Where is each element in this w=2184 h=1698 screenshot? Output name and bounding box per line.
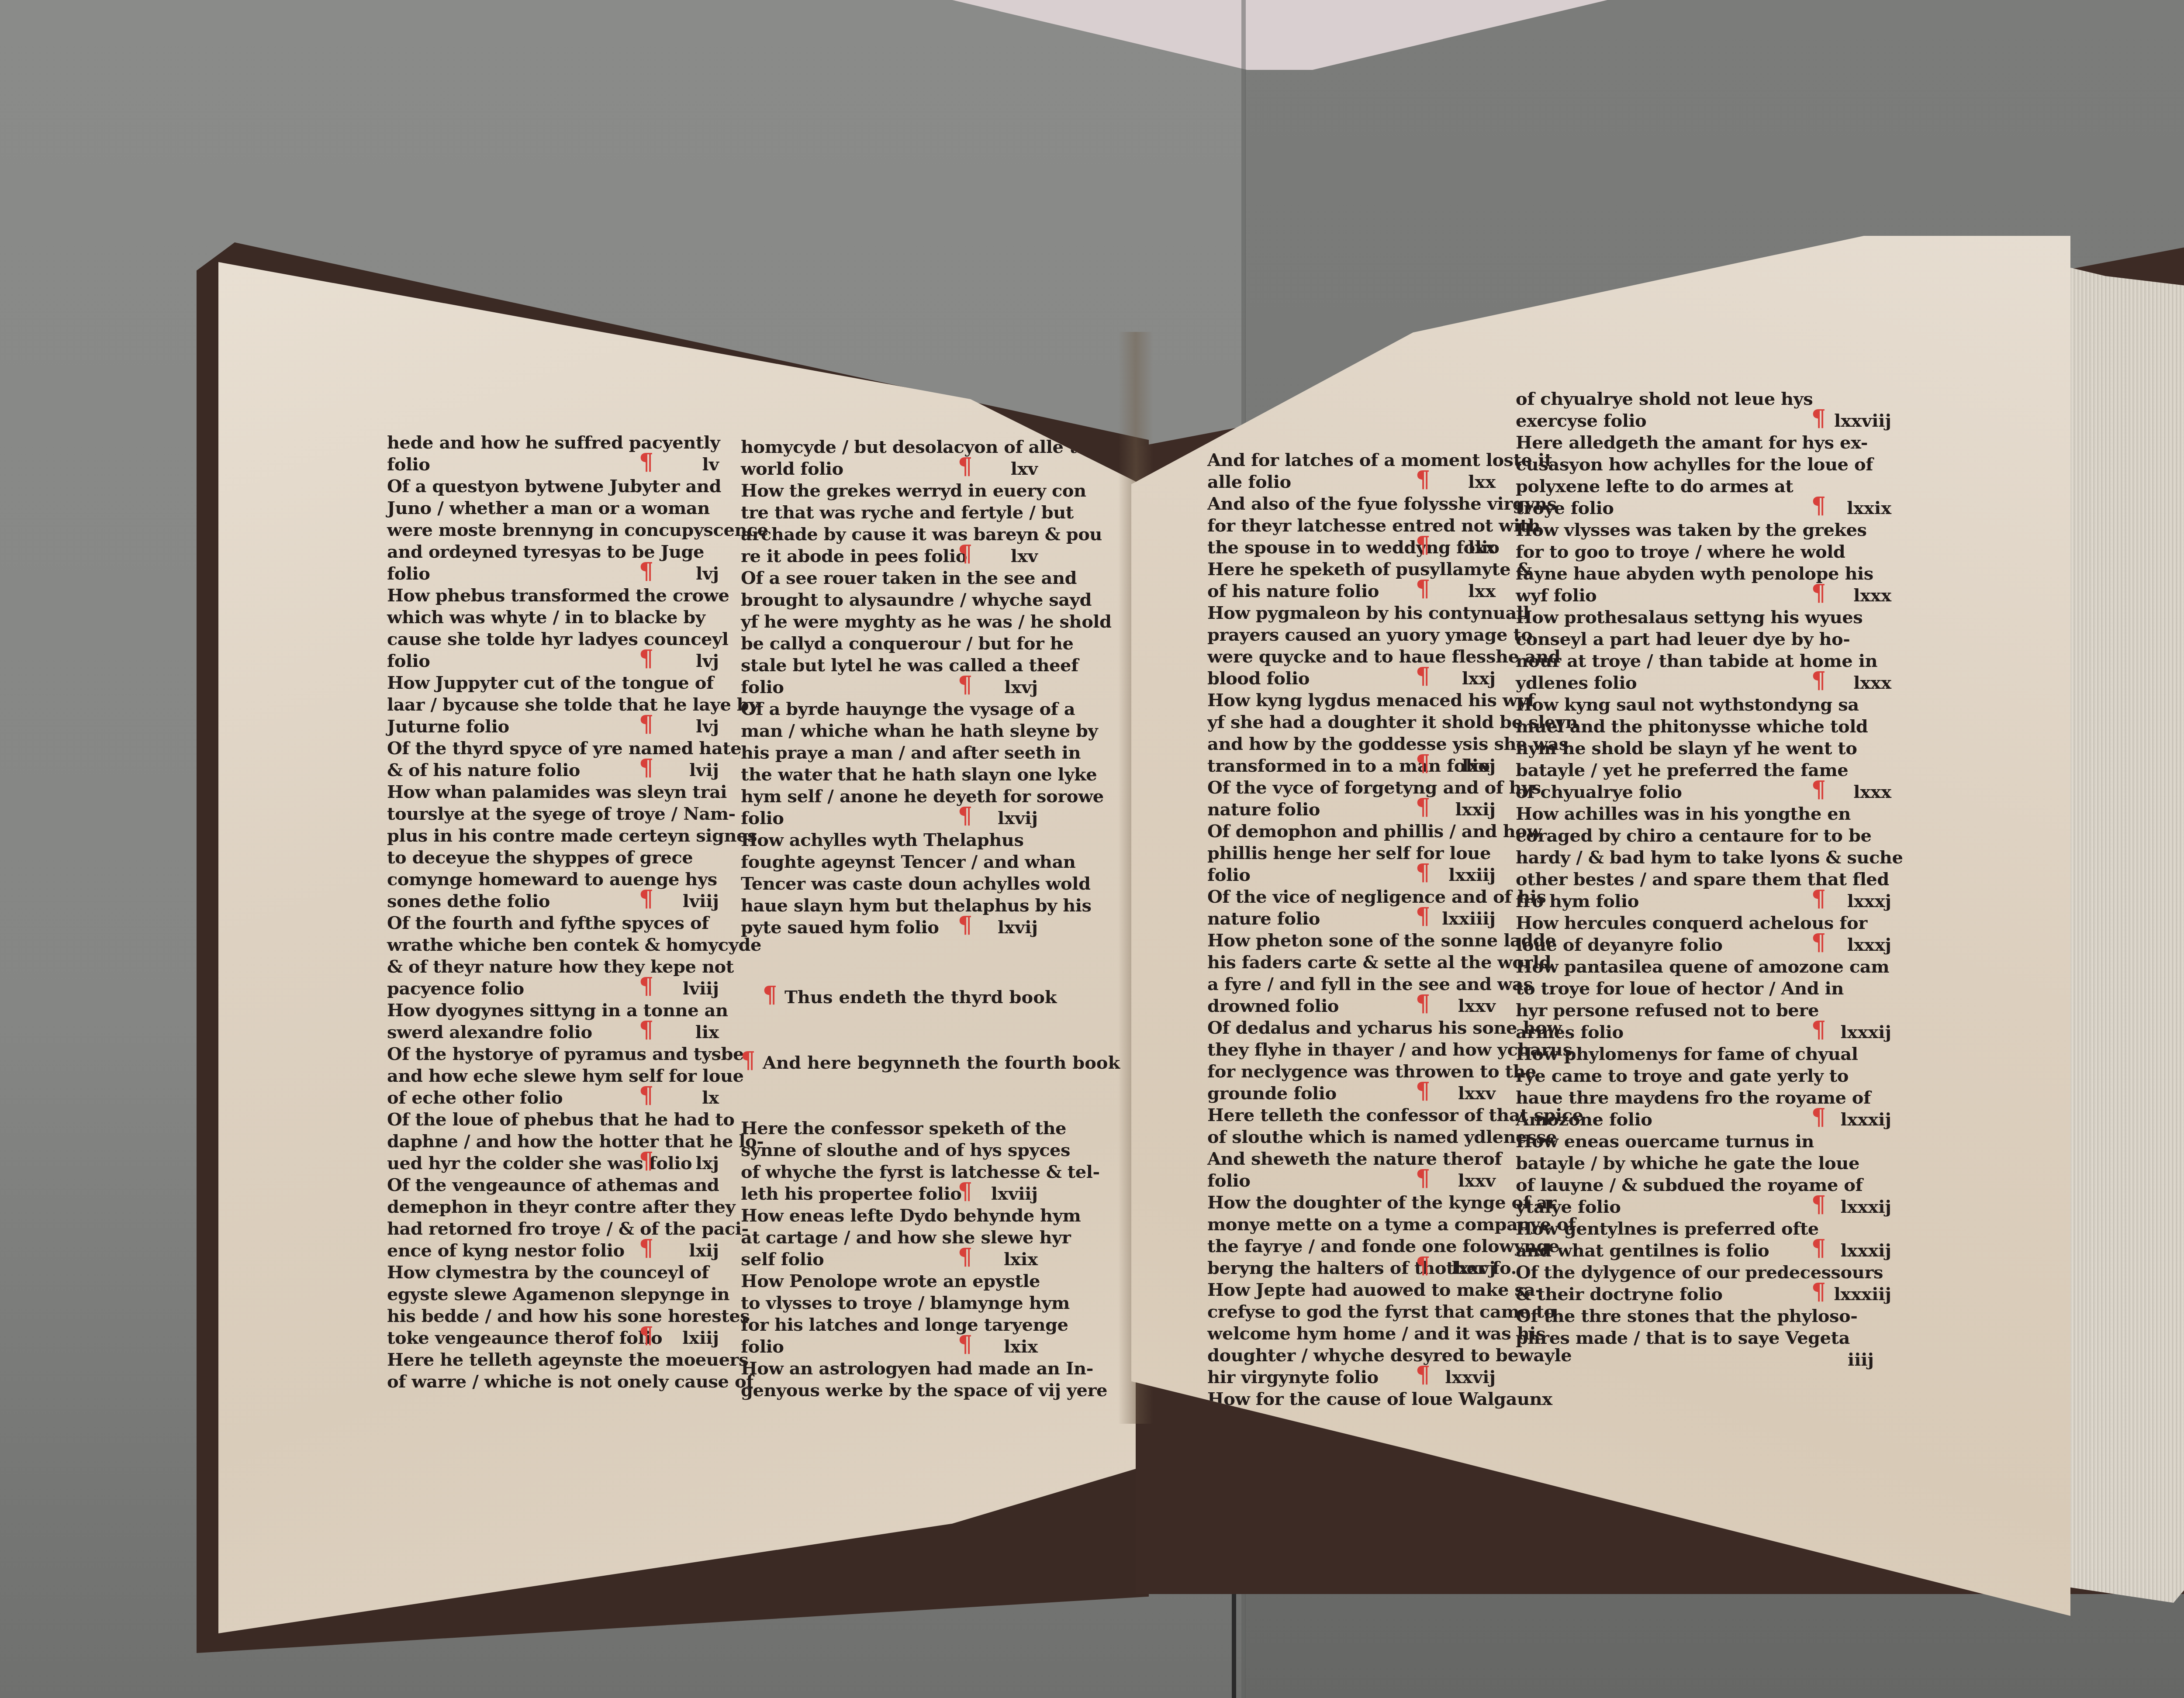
- toc-entry-line: How vlysses was taken by the grekes: [1516, 520, 1867, 541]
- toc-entry-line: And also of the fyue folysshe virgyns: [1207, 494, 1557, 514]
- toc-entry-line: for theyr latchesse entred not with: [1207, 515, 1540, 536]
- toc-entry-line: How Penolope wrote an epystle: [741, 1271, 1040, 1292]
- folio-number: lxxxj: [1847, 935, 1891, 956]
- toc-entry-line: and how eche slewe hym self for loue: [387, 1066, 743, 1087]
- toc-entry-line: hir virgynyte folio: [1207, 1367, 1379, 1388]
- right-page: And for latches of a moment loste italle…: [1131, 236, 2070, 1616]
- toc-entry-line: hym self / anone he deyeth for sorowe: [741, 786, 1104, 807]
- toc-entry-line: folio: [387, 454, 430, 475]
- toc-entry-line: Of demophon and phillis / and how: [1207, 821, 1541, 842]
- toc-entry-line: tre that was ryche and fertyle / but: [741, 502, 1074, 523]
- rubric-pilcrow-icon: ¶: [1811, 1281, 1826, 1302]
- rubric-pilcrow-icon: ¶: [1416, 535, 1430, 556]
- folio-number: lxvij: [998, 917, 1038, 938]
- toc-entry-line: brought to alysaundre / whyche sayd: [741, 590, 1092, 611]
- folio-number: lxxviij: [1834, 411, 1891, 431]
- toc-entry-line: Of the loue of phebus that he had to: [387, 1109, 734, 1130]
- folio-number: lvj: [696, 651, 719, 672]
- toc-entry-line: How for the cause of loue Walgaunx: [1207, 1389, 1552, 1410]
- toc-entry-line: & their doctryne folio: [1516, 1284, 1722, 1305]
- folio-number: lxxx: [1853, 782, 1891, 803]
- folio-number: lxxv: [1458, 1083, 1496, 1104]
- toc-entry-line: man / whiche whan he hath sleyne by: [741, 721, 1098, 742]
- rubric-pilcrow-icon: ¶: [1811, 583, 1826, 604]
- folio-number: lx: [702, 1087, 719, 1108]
- rubric-pilcrow-icon: ¶: [1416, 862, 1430, 883]
- rubric-pilcrow-icon: ¶: [958, 1334, 972, 1355]
- folio-number: lxv: [1011, 459, 1038, 480]
- toc-entry-line: laar / bycause she tolde that he laye by: [387, 694, 759, 715]
- rubric-pilcrow-icon: ¶: [1416, 469, 1430, 490]
- toc-entry-line: phillis henge her self for loue: [1207, 843, 1491, 864]
- toc-entry-line: egyste slewe Agamenon slepynge in: [387, 1284, 729, 1305]
- folio-number: lxxvj: [1451, 1258, 1496, 1279]
- toc-entry-line: How eneas ouercame turnus in: [1516, 1131, 1814, 1152]
- rubric-pilcrow-icon: ¶: [639, 1150, 653, 1171]
- toc-entry-line: leth his propertee folio: [741, 1184, 961, 1204]
- toc-entry-line: of chyualrye shold not leue hys: [1516, 389, 1813, 410]
- toc-entry-line: folio: [741, 677, 784, 698]
- toc-entry-line: folio: [387, 563, 430, 584]
- toc-entry-line: hardy / & bad hym to take lyons & suche: [1516, 847, 1903, 868]
- toc-entry-line: Of the vyce of forgetyng and of hys: [1207, 777, 1541, 798]
- folio-number: lxxix: [1847, 498, 1891, 519]
- toc-entry-line: ytalye folio: [1516, 1197, 1621, 1218]
- folio-number: lxvj: [1004, 677, 1038, 698]
- toc-entry-line: How an astrologyen had made an In-: [741, 1358, 1093, 1379]
- toc-entry-line: hym he shold be slayn yf he went to: [1516, 738, 1857, 759]
- rubric-pilcrow-icon: ¶: [1811, 1107, 1826, 1128]
- toc-entry-line: swerd alexandre folio: [387, 1022, 592, 1043]
- toc-entry-line: How achylles wyth Thelaphus: [741, 830, 1023, 851]
- toc-entry-line: and what gentilnes is folio: [1516, 1240, 1769, 1261]
- toc-entry-line: to troye for loue of hector / And in: [1516, 978, 1844, 999]
- rubric-pilcrow-icon: ¶: [639, 648, 653, 669]
- toc-entry-line: phres made / that is to saye Vegeta: [1516, 1328, 1850, 1349]
- rubric-pilcrow-icon: ¶: [639, 1085, 653, 1106]
- toc-entry-line: Amozone folio: [1516, 1109, 1652, 1130]
- toc-entry-line: How phylomenys for fame of chyual: [1516, 1044, 1858, 1065]
- rubric-pilcrow-icon: ¶: [1811, 408, 1826, 429]
- rubric-pilcrow-icon: ¶: [1416, 666, 1430, 687]
- folio-number: lxx: [1468, 581, 1496, 602]
- toc-entry-line: of chyualrye folio: [1516, 782, 1682, 803]
- rubric-pilcrow-icon: ¶: [958, 915, 972, 935]
- toc-entry-line: synne of slouthe and of hys spyces: [741, 1140, 1070, 1161]
- toc-entry-line: Of the dylygence of our predecessours: [1516, 1262, 1883, 1283]
- toc-entry-line: folio: [741, 1336, 784, 1357]
- folio-number: lxvij: [998, 808, 1038, 829]
- toc-entry-line: hyr persone refused not to bere: [1516, 1000, 1819, 1021]
- toc-entry-line: Of the vengeaunce of athemas and: [387, 1175, 719, 1196]
- folio-number: lix: [695, 1022, 719, 1043]
- toc-entry-line: And for latches of a moment loste it: [1207, 450, 1552, 471]
- rubric-pilcrow-icon: ¶: [1416, 753, 1430, 774]
- rubric-pilcrow-icon: ¶: [1416, 993, 1430, 1014]
- toc-entry-line: of slouthe which is named ydlenesse: [1207, 1127, 1557, 1148]
- toc-entry-line: How Juppyter cut of the tongue of: [387, 673, 714, 694]
- toc-entry-line: & of his nature folio: [387, 760, 580, 781]
- folio-number: lxxxij: [1841, 1109, 1891, 1130]
- rubric-pilcrow-icon: ¶: [1416, 578, 1430, 599]
- folio-number: lxix: [1004, 1249, 1038, 1270]
- toc-entry-line: tourslye at the syege of troye / Nam-: [387, 804, 736, 825]
- folio-number: lxxj: [1462, 668, 1496, 689]
- toc-entry-line: Of a see rouer taken in the see and: [741, 568, 1077, 589]
- toc-entry-line: his faders carte & sette al the world: [1207, 952, 1551, 973]
- toc-entry-line: How eneas lefte Dydo behynde hym: [741, 1205, 1081, 1226]
- toc-entry-line: troye folio: [1516, 498, 1614, 519]
- folio-number: lxxv: [1458, 1170, 1496, 1191]
- toc-entry-line: Of the vice of negligence and of his: [1207, 887, 1546, 908]
- folio-number: lxxxij: [1841, 1240, 1891, 1261]
- toc-entry-line: How phebus transformed the crowe: [387, 585, 729, 606]
- rubric-pilcrow-icon: ¶: [741, 1050, 755, 1071]
- toc-entry-line: prayers caused an yuory ymage to: [1207, 625, 1533, 645]
- toc-entry-line: cause she tolde hyr ladyes counceyl: [387, 629, 728, 650]
- toc-entry-line: hede and how he suffred pacyently: [387, 432, 720, 453]
- toc-entry-line: How kyng saul not wythstondyng sa: [1516, 694, 1859, 715]
- toc-entry-line: at cartage / and how she slewe hyr: [741, 1227, 1071, 1248]
- rubric-pilcrow-icon: ¶: [1811, 779, 1826, 800]
- toc-entry-line: re it abode in pees folio: [741, 546, 967, 567]
- toc-entry-line: folio: [741, 808, 784, 829]
- toc-entry-line: How the doughter of the kynge of ar: [1207, 1192, 1556, 1213]
- toc-entry-line: wyf folio: [1516, 585, 1597, 606]
- toc-entry-line: rye came to troye and gate yerly to: [1516, 1066, 1849, 1087]
- toc-entry-line: Tencer was caste doun achylles wold: [741, 873, 1090, 894]
- toc-entry-line: his bedde / and how his sone horestes: [387, 1306, 750, 1327]
- folio-number: lxviij: [991, 1184, 1038, 1204]
- toc-entry-line: polyxene lefte to do armes at: [1516, 476, 1793, 497]
- rubric-pilcrow-icon: ¶: [1416, 1364, 1430, 1385]
- toc-entry-line: Of a questyon bytwene Jubyter and: [387, 476, 721, 497]
- toc-entry-line: the spouse in to weddyng folio: [1207, 537, 1499, 558]
- toc-entry-line: How whan palamides was sleyn trai: [387, 782, 727, 803]
- folio-number: lvj: [696, 563, 719, 584]
- rubric-pilcrow-icon: ¶: [958, 1246, 972, 1267]
- folio-number: lxxiij: [1448, 865, 1496, 886]
- toc-entry-line: world folio: [741, 459, 843, 480]
- rubric-pilcrow-icon: ¶: [1811, 495, 1826, 516]
- folio-number: lxxv: [1458, 996, 1496, 1017]
- folio-number: lxij: [689, 1240, 719, 1261]
- rubric-pilcrow-icon: ¶: [639, 452, 653, 473]
- toc-entry-line: How achilles was in his yongthe en: [1516, 804, 1851, 825]
- toc-entry-line: a fyre / and fyll in the see and was: [1207, 974, 1533, 995]
- folio-number: lxxxiij: [1834, 1284, 1891, 1305]
- toc-entry-line: archade by cause it was bareyn & pou: [741, 524, 1102, 545]
- rubric-pilcrow-icon: ¶: [1416, 797, 1430, 818]
- toc-entry-line: of whyche the fyrst is latchesse & tel-: [741, 1162, 1100, 1183]
- toc-entry-line: toke vengeaunce therof folio: [387, 1328, 662, 1349]
- toc-entry-line: sones dethe folio: [387, 891, 550, 912]
- toc-entry-line: cusasyon how achylles for the loue of: [1516, 454, 1873, 475]
- rubric-pilcrow-icon: ¶: [639, 1238, 653, 1259]
- rubric-pilcrow-icon: ¶: [958, 674, 972, 695]
- folio-number: lviij: [683, 891, 719, 912]
- toc-entry-line: for neclygence was throwen to the: [1207, 1061, 1536, 1082]
- toc-entry-line: How dyogynes sittyng in a tonne an: [387, 1000, 728, 1021]
- toc-entry-line: Of the hystorye of pyramus and tysbe: [387, 1044, 744, 1065]
- toc-entry-line: How pheton sone of the sonne ladde: [1207, 930, 1556, 951]
- folio-number: lxxxij: [1841, 1022, 1891, 1043]
- toc-entry-line: welcome hym home / and it was his: [1207, 1323, 1545, 1344]
- folio-number: lxiij: [682, 1328, 719, 1349]
- toc-entry-line: Here the confessor speketh of the: [741, 1118, 1066, 1139]
- rubric-pilcrow-icon: ¶: [958, 805, 972, 826]
- toc-entry-line: coraged by chiro a centaure for to be: [1516, 825, 1871, 846]
- rubric-pilcrow-icon: ¶: [1416, 906, 1430, 927]
- toc-entry-line: and how by the goddesse ysis she was: [1207, 734, 1569, 755]
- rubric-pilcrow-icon: ¶: [1811, 888, 1826, 909]
- folio-number: lv: [702, 454, 719, 475]
- rubric-pilcrow-icon: ¶: [1811, 1238, 1826, 1259]
- toc-entry-line: other bestes / and spare them that fled: [1516, 869, 1889, 890]
- toc-entry-line: pacyence folio: [387, 978, 524, 999]
- toc-entry-line: loue of deyanyre folio: [1516, 935, 1722, 956]
- toc-entry-line: transformed in to a man folio: [1207, 756, 1490, 777]
- toc-entry-line: fro hym folio: [1516, 891, 1639, 912]
- toc-entry-line: be callyd a conquerour / but for he: [741, 633, 1073, 654]
- folio-number: lxxxij: [1841, 1197, 1891, 1218]
- toc-entry-line: alle folio: [1207, 472, 1291, 493]
- toc-entry-line: stale but lytel he was called a theef: [741, 655, 1078, 676]
- toc-entry-line: Juturne folio: [387, 716, 509, 737]
- toc-entry-line: the water that he hath slayn one lyke: [741, 764, 1097, 785]
- toc-entry-line: plus in his contre made certeyn signes: [387, 825, 757, 846]
- toc-entry-line: were quycke and to haue flesshe and: [1207, 646, 1560, 667]
- signature-mark: iiij: [1848, 1349, 1874, 1370]
- rubric-pilcrow-icon: ¶: [1416, 1168, 1430, 1189]
- rubric-pilcrow-icon: ¶: [1416, 1255, 1430, 1276]
- toc-entry-line: nature folio: [1207, 799, 1320, 820]
- toc-entry-line: genyous werke by the space of vij yere: [741, 1380, 1107, 1401]
- rubric-pilcrow-icon: ¶: [639, 561, 653, 582]
- toc-entry-line: batayle / by whiche he gate the loue: [1516, 1153, 1859, 1174]
- toc-entry-line: batayle / yet he preferred the fame: [1516, 760, 1848, 781]
- toc-entry-line: How Jepte had auowed to make sa-: [1207, 1280, 1542, 1301]
- folio-number: lxix: [1004, 1336, 1038, 1357]
- folio-number: lxxij: [1455, 799, 1496, 820]
- toc-entry-line: Here he telleth ageynste the moeuers: [387, 1349, 748, 1370]
- toc-entry-line: comynge homeward to auenge hys: [387, 869, 717, 890]
- folio-number: lxv: [1011, 546, 1038, 567]
- rubric-pilcrow-icon: ¶: [1811, 932, 1826, 953]
- toc-entry-line: Here alledgeth the amant for hys ex-: [1516, 432, 1868, 453]
- rubric-pilcrow-icon: ¶: [639, 888, 653, 909]
- toc-entry-line: foughte ageynst Tencer / and whan: [741, 852, 1075, 873]
- toc-entry-line: wrathe whiche ben contek & homycyde: [387, 935, 761, 956]
- toc-entry-line: haue slayn hym but thelaphus by his: [741, 895, 1092, 916]
- folio-number: lvij: [689, 760, 719, 781]
- toc-entry-line: homycyde / but desolacyon of alle the: [741, 437, 1100, 458]
- left-page: hede and how he suffred pacyentlyfolio¶l…: [218, 262, 1136, 1633]
- toc-entry-line: conseyl a part had leuer dye by ho-: [1516, 629, 1850, 650]
- toc-entry-line: ydlenes folio: [1516, 673, 1637, 694]
- rubric-pilcrow-icon: ¶: [958, 543, 972, 564]
- folio-number: lxxxj: [1847, 891, 1891, 912]
- toc-entry-line: of warre / whiche is not onely cause of: [387, 1371, 753, 1392]
- folio-number: lxx: [1468, 537, 1496, 558]
- toc-entry-line: of his nature folio: [1207, 581, 1379, 602]
- toc-entry-line: Of the fourth and fyfthe spyces of: [387, 913, 709, 934]
- folio-number: lxxvij: [1445, 1367, 1496, 1388]
- toc-entry-line: folio: [387, 651, 430, 672]
- rubric-pilcrow-icon: ¶: [763, 984, 777, 1005]
- toc-entry-line: Of a byrde hauynge the vysage of a: [741, 699, 1075, 720]
- toc-entry-line: which was whyte / in to blacke by: [387, 607, 705, 628]
- toc-entry-line: pyte saued hym folio: [741, 917, 939, 938]
- toc-entry-line: demephon in theyr contre after they: [387, 1197, 735, 1218]
- toc-entry-line: folio: [1207, 865, 1250, 886]
- toc-entry-line: & of theyr nature how they kepe not: [387, 956, 734, 977]
- folio-number: lxxiiij: [1442, 908, 1496, 929]
- toc-entry-line: How gentylnes is preferred ofte: [1516, 1218, 1819, 1239]
- rubric-pilcrow-icon: ¶: [639, 1325, 653, 1346]
- toc-entry-line: muel and the phitonysse whiche told: [1516, 716, 1868, 737]
- rubric-pilcrow-icon: ¶: [639, 757, 653, 778]
- toc-entry-line: Juno / whether a man or a woman: [387, 498, 710, 519]
- toc-entry-line: How clymestra by the counceyl of: [387, 1262, 709, 1283]
- toc-entry-line: of lauyne / & subdued the royame of: [1516, 1175, 1863, 1196]
- toc-entry-line: had retorned fro troye / & of the paci-: [387, 1218, 749, 1239]
- toc-entry-line: And sheweth the nature therof: [1207, 1149, 1502, 1170]
- rubric-pilcrow-icon: ¶: [1811, 1194, 1826, 1215]
- toc-entry-line: folio: [1207, 1170, 1250, 1191]
- rubric-pilcrow-icon: ¶: [639, 1019, 653, 1040]
- toc-entry-line: his praye a man / and after seeth in: [741, 742, 1081, 763]
- toc-entry-line: How the grekes werryd in euery con: [741, 480, 1086, 501]
- rubric-pilcrow-icon: ¶: [958, 1181, 972, 1202]
- toc-entry-line: for his latches and longe taryenge: [741, 1315, 1068, 1336]
- toc-entry-line: and ordeyned tyresyas to be Juge: [387, 542, 704, 563]
- book-section-heading: And here begynneth the fourth book: [763, 1053, 1120, 1073]
- toc-entry-line: How prothesalaus settyng his wyues: [1516, 607, 1863, 628]
- toc-entry-line: Of dedalus and ycharus his sone how: [1207, 1018, 1562, 1039]
- rubric-pilcrow-icon: ¶: [1416, 1080, 1430, 1101]
- folio-number: lvj: [696, 716, 719, 737]
- rubric-pilcrow-icon: ¶: [958, 456, 972, 477]
- toc-entry-line: grounde folio: [1207, 1083, 1337, 1104]
- toc-entry-line: ence of kyng nestor folio: [387, 1240, 625, 1261]
- folio-number: lxxx: [1853, 585, 1891, 606]
- toc-entry-line: How pantasilea quene of amozone cam: [1516, 956, 1889, 977]
- toc-entry-line: blood folio: [1207, 668, 1310, 689]
- rubric-pilcrow-icon: ¶: [639, 976, 653, 997]
- toc-entry-line: How kyng lygdus menaced his wyf: [1207, 690, 1534, 711]
- folio-number: lxxx: [1853, 673, 1891, 694]
- toc-entry-line: drowned folio: [1207, 996, 1339, 1017]
- rubric-pilcrow-icon: ¶: [639, 714, 653, 735]
- toc-entry-line: How pygmaleon by his contynuall: [1207, 603, 1529, 624]
- toc-entry-line: yf he were myghty as he was / he shold: [741, 611, 1111, 632]
- toc-entry-line: Of the thre stones that the phyloso-: [1516, 1306, 1857, 1327]
- toc-entry-line: daphne / and how the hotter that he lo-: [387, 1131, 764, 1152]
- toc-entry-line: to vlysses to troye / blamynge hym: [741, 1293, 1070, 1314]
- folio-number: lviij: [683, 978, 719, 999]
- rubric-pilcrow-icon: ¶: [1811, 670, 1826, 691]
- toc-entry-line: crefyse to god the fyrst that came to: [1207, 1301, 1555, 1322]
- folio-number: lxx: [1468, 472, 1496, 493]
- toc-entry-line: of eche other folio: [387, 1087, 563, 1108]
- toc-entry-line: Of the thyrd spyce of yre named hate: [387, 738, 741, 759]
- toc-entry-line: Here he speketh of pusyllamyte &: [1207, 559, 1532, 580]
- folio-number: lxj: [695, 1153, 719, 1174]
- toc-entry-line: for to goo to troye / where he wold: [1516, 542, 1845, 563]
- toc-entry-line: self folio: [741, 1249, 824, 1270]
- book-section-heading: Thus endeth the thyrd book: [784, 987, 1057, 1008]
- toc-entry-line: were moste brennyng in concupyscence: [387, 520, 768, 541]
- toc-entry-line: nature folio: [1207, 908, 1320, 929]
- toc-entry-line: the fayrye / and fonde one folowynge: [1207, 1236, 1559, 1257]
- rubric-pilcrow-icon: ¶: [1811, 1019, 1826, 1040]
- folio-number: lxxj: [1462, 756, 1496, 777]
- toc-entry-line: exercyse folio: [1516, 411, 1646, 431]
- toc-entry-line: to deceyue the shyppes of grece: [387, 847, 693, 868]
- toc-entry-line: armes folio: [1516, 1022, 1624, 1043]
